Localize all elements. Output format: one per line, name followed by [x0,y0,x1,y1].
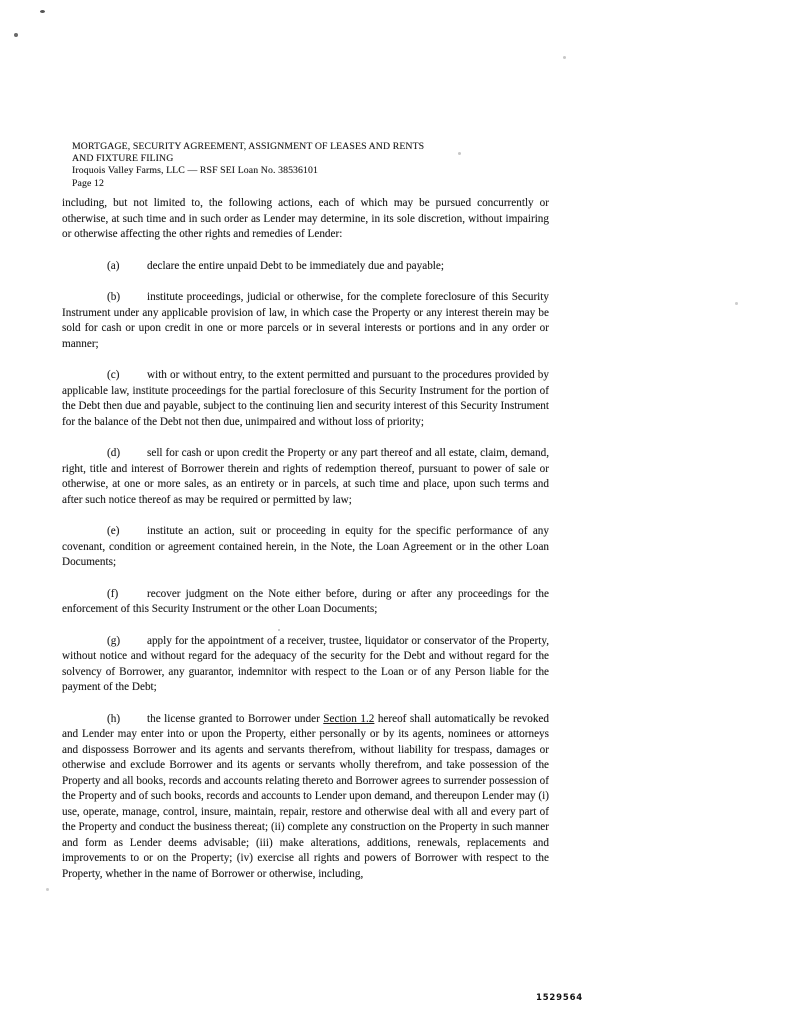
clause-f: (f)recover judgment on the Note either b… [62,587,549,618]
scan-speck [735,302,738,305]
clause-h-text-pre: the license granted to Borrower under [147,713,323,725]
header-borrower-loan-line: Iroquois Valley Farms, LLC — RSF SEI Loa… [72,165,552,177]
clause-b-letter: (b) [107,290,147,306]
scan-speck [14,33,18,37]
clause-b: (b)institute proceedings, judicial or ot… [62,290,549,352]
header-title-line1: MORTGAGE, SECURITY AGREEMENT, ASSIGNMENT… [72,141,552,153]
clause-g-letter: (g) [107,634,147,650]
header-page-number: Page 12 [72,178,552,190]
clause-f-letter: (f) [107,587,147,603]
clause-d-letter: (d) [107,446,147,462]
section-1-2-reference: Section 1.2 [323,713,374,725]
clause-h-letter: (h) [107,712,147,728]
intro-paragraph: including, but not limited to, the follo… [62,196,549,243]
document-body: including, but not limited to, the follo… [62,196,549,898]
scan-speck [46,888,49,891]
header-title-line2: AND FIXTURE FILING [72,153,552,165]
clause-e: (e)institute an action, suit or proceedi… [62,524,549,571]
clause-a-text: declare the entire unpaid Debt to be imm… [147,260,444,272]
document-header: MORTGAGE, SECURITY AGREEMENT, ASSIGNMENT… [72,141,552,190]
scan-speck [563,56,566,59]
clause-a: (a)declare the entire unpaid Debt to be … [62,259,549,275]
scanned-document-page: MORTGAGE, SECURITY AGREEMENT, ASSIGNMENT… [0,0,793,1030]
clause-h: (h)the license granted to Borrower under… [62,712,549,883]
clause-c: (c)with or without entry, to the extent … [62,368,549,430]
clause-g: (g)apply for the appointment of a receiv… [62,634,549,696]
bates-stamp-number: 1529564 [536,993,583,1003]
clause-e-letter: (e) [107,524,147,540]
clause-d: (d)sell for cash or upon credit the Prop… [62,446,549,508]
clause-a-letter: (a) [107,259,147,275]
scan-speck [40,10,45,13]
clause-c-letter: (c) [107,368,147,384]
clause-h-text-post: hereof shall automatically be revoked an… [62,713,549,880]
